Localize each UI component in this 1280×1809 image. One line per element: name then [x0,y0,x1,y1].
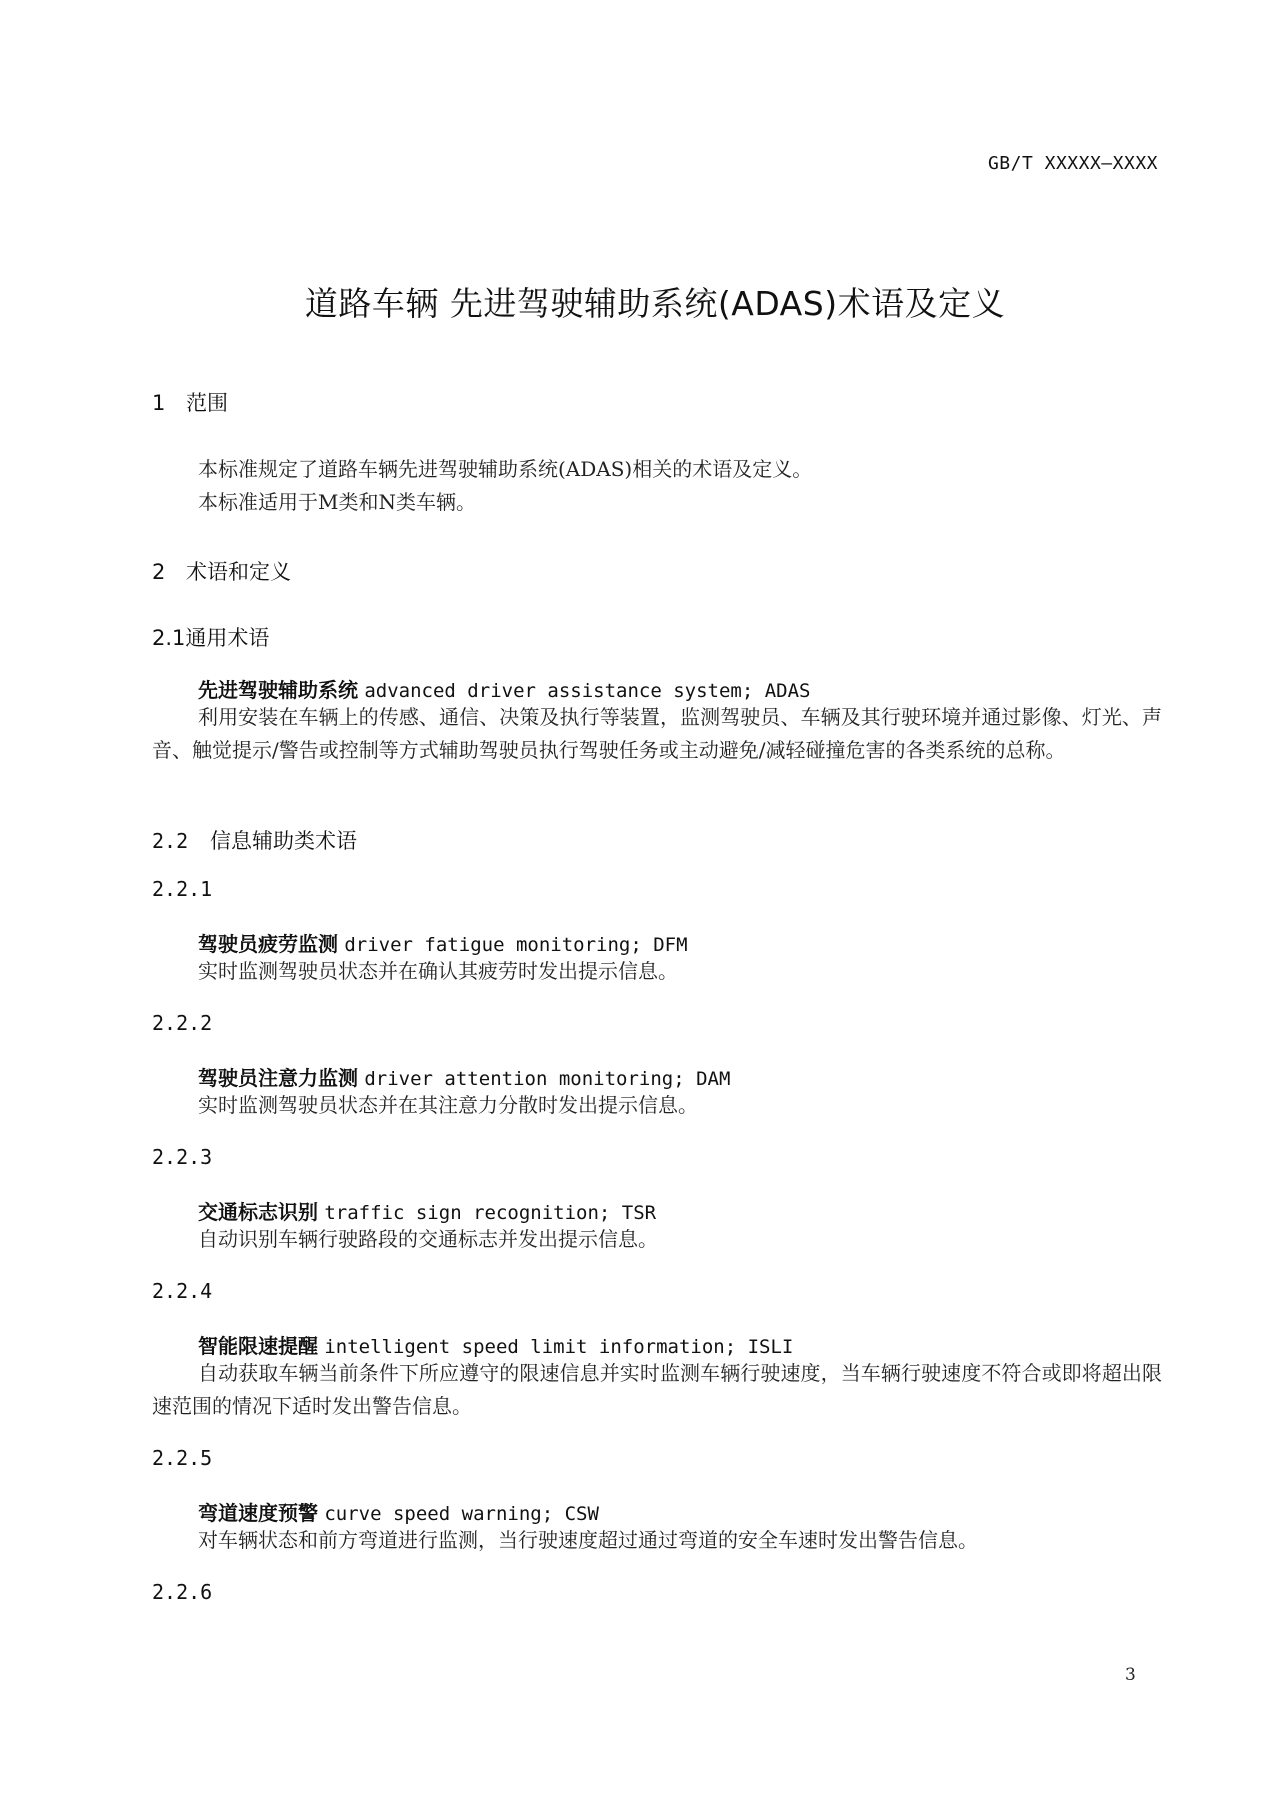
term-english: driver attention monitoring; DAM [364,1068,730,1090]
subsection-number: 2.1 [152,626,185,650]
term-definition-tsr: 自动识别车辆行驶路段的交通标志并发出提示信息。 [198,1223,658,1256]
term-definition-isli: 自动获取车辆当前条件下所应遵守的限速信息并实时监测车辆行驶速度，当车辆行驶速度不… [152,1357,1162,1423]
term-entry-dfm: 驾驶员疲劳监测 driver fatigue monitoring; DFM [198,928,688,957]
subsection-heading-general-terms: 2.1通用术语 [152,622,269,652]
term-chinese: 驾驶员疲劳监测 [198,932,338,956]
term-english: intelligent speed limit information; ISL… [324,1336,793,1358]
clause-number: 2.2.5 [152,1446,212,1470]
term-chinese: 驾驶员注意力监测 [198,1066,358,1090]
subsection-number: 2.2 [152,829,210,853]
section-number: 1 [152,391,186,415]
term-english: driver fatigue monitoring; DFM [344,934,687,956]
document-page: GB/T XXXXX—XXXX 道路车辆 先进驾驶辅助系统(ADAS)术语及定义… [0,0,1280,1809]
subsection-title: 通用术语 [185,626,269,650]
term-entry-dam: 驾驶员注意力监测 driver attention monitoring; DA… [198,1062,730,1091]
term-entry-adas: 先进驾驶辅助系统 advanced driver assistance syst… [198,674,810,703]
term-chinese: 交通标志识别 [198,1200,318,1224]
clause-number: 2.2.6 [152,1580,212,1604]
term-chinese: 智能限速提醒 [198,1334,318,1358]
term-definition-dfm: 实时监测驾驶员状态并在确认其疲劳时发出提示信息。 [198,955,678,988]
clause-number: 2.2.1 [152,877,212,901]
document-title: 道路车辆 先进驾驶辅助系统(ADAS)术语及定义 [0,278,1280,325]
section-heading-terms: 2术语和定义 [152,556,291,586]
term-english: curve speed warning; CSW [324,1503,599,1525]
section-title: 范围 [186,391,228,415]
term-english: advanced driver assistance system; ADAS [364,680,810,702]
page-number: 3 [1125,1665,1136,1685]
section-heading-scope: 1范围 [152,387,228,417]
term-definition-adas: 利用安装在车辆上的传感、通信、决策及执行等装置，监测驾驶员、车辆及其行驶环境并通… [152,701,1162,767]
term-entry-tsr: 交通标志识别 traffic sign recognition; TSR [198,1196,656,1225]
clause-number: 2.2.2 [152,1011,212,1035]
scope-paragraph-1: 本标准规定了道路车辆先进驾驶辅助系统(ADAS)相关的术语及定义。 [198,453,812,486]
scope-paragraph-2: 本标准适用于M类和N类车辆。 [198,486,476,519]
term-chinese: 弯道速度预警 [198,1501,318,1525]
standard-number: GB/T XXXXX—XXXX [988,153,1158,174]
term-entry-csw: 弯道速度预警 curve speed warning; CSW [198,1497,599,1526]
clause-number: 2.2.4 [152,1279,212,1303]
term-entry-isli: 智能限速提醒 intelligent speed limit informati… [198,1330,793,1359]
term-chinese: 先进驾驶辅助系统 [198,678,358,702]
clause-number: 2.2.3 [152,1145,212,1169]
section-title: 术语和定义 [186,560,291,584]
subsection-title: 信息辅助类术语 [210,829,357,853]
subsection-heading-info-assist: 2.2信息辅助类术语 [152,825,357,855]
section-number: 2 [152,560,186,584]
term-english: traffic sign recognition; TSR [324,1202,656,1224]
term-definition-dam: 实时监测驾驶员状态并在其注意力分散时发出提示信息。 [198,1089,698,1122]
term-definition-csw: 对车辆状态和前方弯道进行监测，当行驶速度超过通过弯道的安全车速时发出警告信息。 [198,1524,978,1557]
